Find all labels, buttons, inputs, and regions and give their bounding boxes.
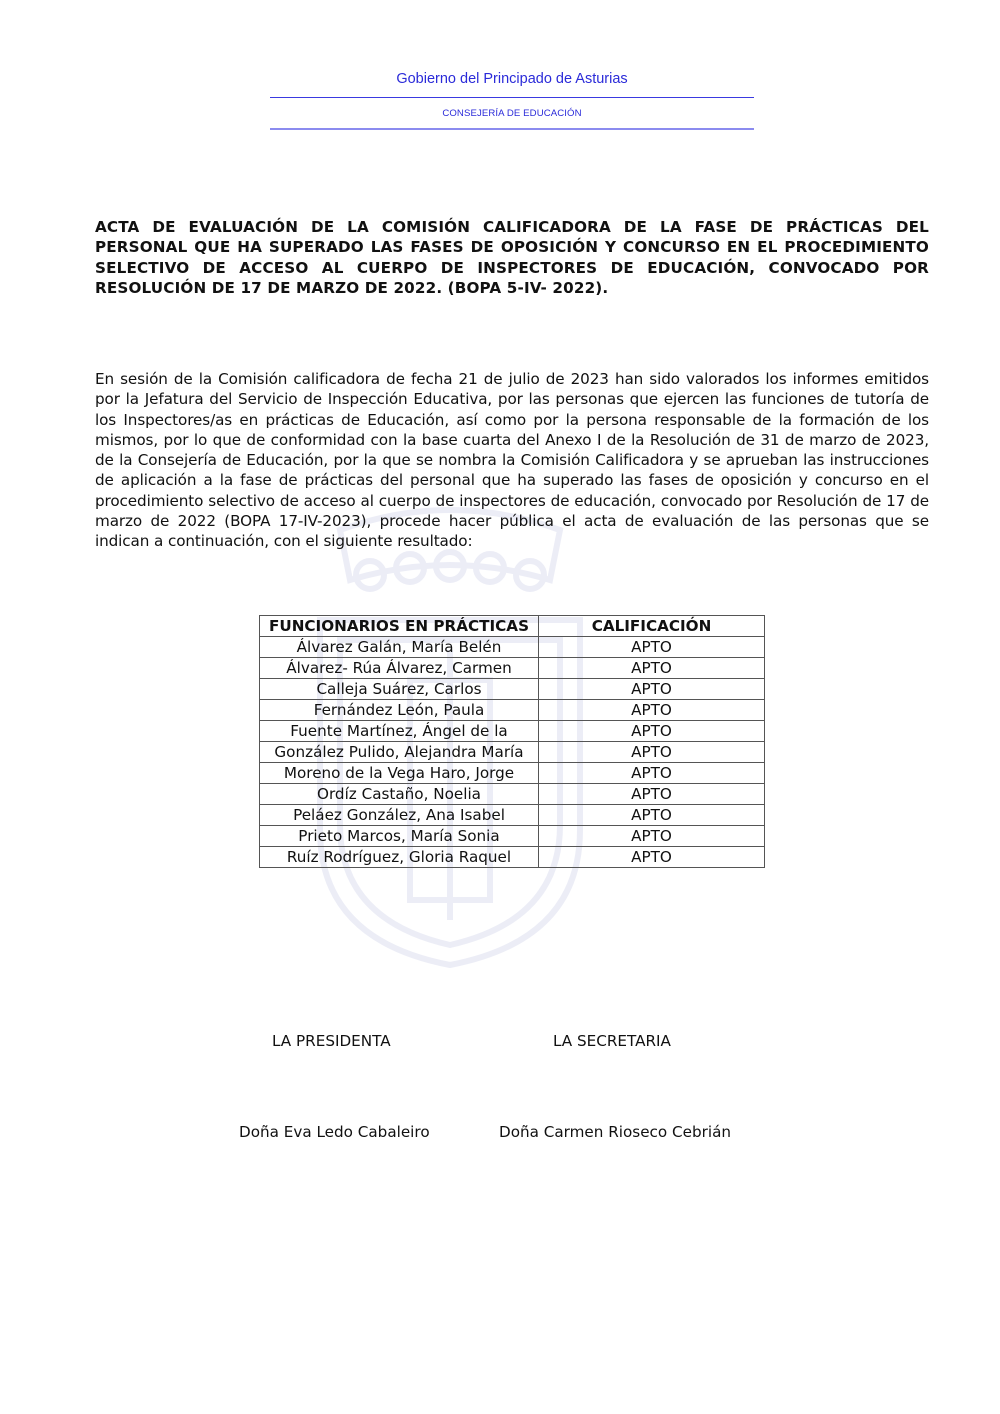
candidate-name: Calleja Suárez, Carlos: [260, 679, 539, 700]
header-funcionarios: FUNCIONARIOS EN PRÁCTICAS: [260, 616, 539, 637]
table-row: Moreno de la Vega Haro, JorgeAPTO: [260, 763, 765, 784]
header-calificacion: CALIFICACIÓN: [539, 616, 765, 637]
table-row: Fuente Martínez, Ángel de laAPTO: [260, 721, 765, 742]
candidate-grade: APTO: [539, 700, 765, 721]
president-name: Doña Eva Ledo Cabaleiro: [239, 1123, 430, 1141]
table-row: Prieto Marcos, María SoniaAPTO: [260, 826, 765, 847]
header-divider: [270, 97, 754, 98]
secretary-title: LA SECRETARIA: [553, 1032, 671, 1050]
candidate-name: González Pulido, Alejandra María: [260, 742, 539, 763]
candidate-name: Peláez González, Ana Isabel: [260, 805, 539, 826]
header-funcionarios-label: FUNCIONARIOS EN PRÁCTICAS: [269, 617, 529, 635]
table-row: Peláez González, Ana IsabelAPTO: [260, 805, 765, 826]
candidate-grade: APTO: [539, 658, 765, 679]
table-row: Ordíz Castaño, NoeliaAPTO: [260, 784, 765, 805]
candidate-name: Moreno de la Vega Haro, Jorge: [260, 763, 539, 784]
candidate-grade: APTO: [539, 826, 765, 847]
candidate-grade: APTO: [539, 679, 765, 700]
table-row: González Pulido, Alejandra MaríaAPTO: [260, 742, 765, 763]
table-row: Fernández León, PaulaAPTO: [260, 700, 765, 721]
candidate-name: Álvarez- Rúa Álvarez, Carmen: [260, 658, 539, 679]
candidate-grade: APTO: [539, 763, 765, 784]
candidate-grade: APTO: [539, 637, 765, 658]
table-row: Álvarez Galán, María BelénAPTO: [260, 637, 765, 658]
president-title: LA PRESIDENTA: [272, 1032, 391, 1050]
candidate-grade: APTO: [539, 742, 765, 763]
table-row: Calleja Suárez, CarlosAPTO: [260, 679, 765, 700]
candidate-grade: APTO: [539, 721, 765, 742]
candidate-name: Álvarez Galán, María Belén: [260, 637, 539, 658]
department-name: CONSEJERÍA DE EDUCACIÓN: [270, 108, 754, 120]
body-paragraph: En sesión de la Comisión calificadora de…: [95, 369, 929, 552]
header-divider-bottom: [270, 128, 754, 130]
secretary-name: Doña Carmen Rioseco Cebrián: [499, 1123, 731, 1141]
candidate-name: Prieto Marcos, María Sonia: [260, 826, 539, 847]
candidate-name: Ordíz Castaño, Noelia: [260, 784, 539, 805]
document-title: ACTA DE EVALUACIÓN DE LA COMISIÓN CALIFI…: [95, 217, 929, 298]
government-name: Gobierno del Principado de Asturias: [270, 70, 754, 88]
letterhead: Gobierno del Principado de Asturias CONS…: [270, 70, 754, 130]
candidate-grade: APTO: [539, 784, 765, 805]
candidate-grade: APTO: [539, 847, 765, 868]
table-row: Ruíz Rodríguez, Gloria RaquelAPTO: [260, 847, 765, 868]
candidate-name: Fernández León, Paula: [260, 700, 539, 721]
candidate-name: Fuente Martínez, Ángel de la: [260, 721, 539, 742]
results-table: FUNCIONARIOS EN PRÁCTICAS CALIFICACIÓN Á…: [259, 615, 765, 868]
candidate-grade: APTO: [539, 805, 765, 826]
table-row: Álvarez- Rúa Álvarez, CarmenAPTO: [260, 658, 765, 679]
candidate-name: Ruíz Rodríguez, Gloria Raquel: [260, 847, 539, 868]
header-calificacion-label: CALIFICACIÓN: [592, 617, 712, 635]
table-header-row: FUNCIONARIOS EN PRÁCTICAS CALIFICACIÓN: [260, 616, 765, 637]
